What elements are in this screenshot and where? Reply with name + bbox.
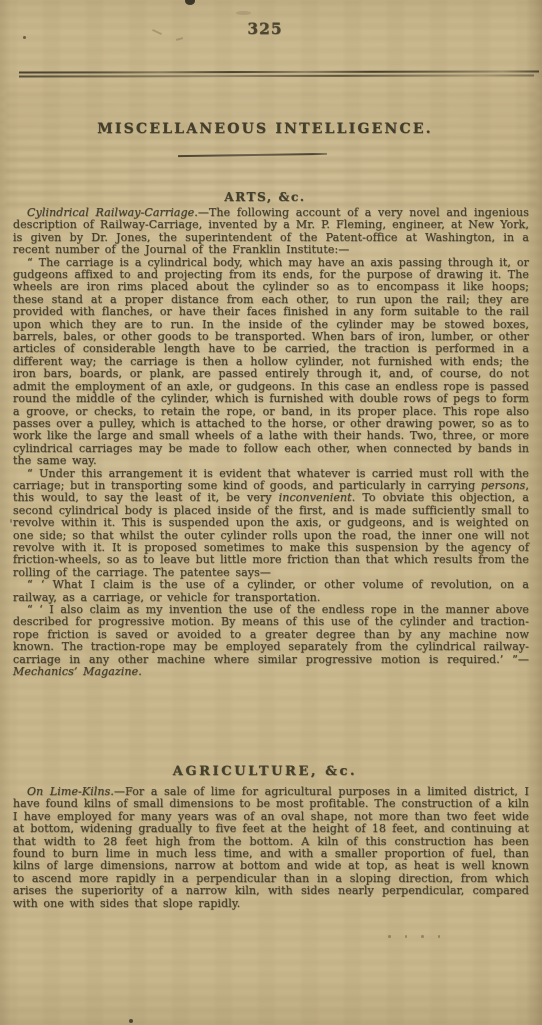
- italic-term: inconvenient: [279, 491, 352, 504]
- article-title-italic: Cylindrical Railway-Carriage.: [27, 206, 198, 219]
- masthead-underline-rule: [178, 153, 327, 157]
- header-double-rule: [19, 70, 539, 77]
- paragraph-text: . To obviate this objection, a second cy…: [13, 491, 529, 578]
- italic-term: persons: [481, 479, 526, 492]
- paragraph-quote-2: “ Under this arrangement it is evident t…: [13, 468, 529, 580]
- page-number: 325: [0, 19, 530, 38]
- paragraph-claim-2: “ ‘ I also claim as my invention the use…: [13, 604, 529, 678]
- rule-line-thick: [19, 70, 539, 73]
- article-title-italic: On Lime-Kilns.: [27, 785, 114, 798]
- ink-showthrough-texture: [6, 84, 536, 206]
- ink-blot: [185, 0, 195, 5]
- section-heading-agriculture: AGRICULTURE, &c.: [0, 764, 530, 779]
- ink-smudge: [236, 11, 251, 15]
- paragraph-quote-1: “ The carriage is a cylindrical body, wh…: [13, 257, 529, 468]
- faint-dot-marks: [388, 935, 508, 938]
- masthead-title: MISCELLANEOUS INTELLIGENCE.: [0, 121, 530, 137]
- paragraph-text: —For a sale of lime for agricultural pur…: [13, 785, 529, 910]
- paragraph-claim-1: “ ‘ What I claim is the use of a cylinde…: [13, 579, 529, 604]
- arts-article: Cylindrical Railway-Carriage.—The follow…: [13, 207, 529, 678]
- paragraph-intro: Cylindrical Railway-Carriage.—The follow…: [13, 207, 529, 257]
- rule-line-thin: [19, 75, 534, 77]
- agriculture-article: On Lime-Kilns.—For a sale of lime for ag…: [13, 786, 529, 910]
- scanned-journal-page: 325 MISCELLANEOUS INTELLIGENCE. ARTS, &c…: [0, 0, 542, 1025]
- paragraph-lime-kilns: On Lime-Kilns.—For a sale of lime for ag…: [13, 786, 529, 910]
- ink-speck: [129, 1019, 133, 1023]
- section-heading-arts: ARTS, &c.: [0, 190, 530, 204]
- ink-speck: [10, 519, 12, 523]
- paragraph-text: “ ‘ I also claim as my invention the use…: [13, 603, 529, 666]
- paragraph-text: “ Under this arrangement it is evident t…: [13, 467, 529, 492]
- source-citation: Mechanics’ Magazine.: [13, 665, 142, 678]
